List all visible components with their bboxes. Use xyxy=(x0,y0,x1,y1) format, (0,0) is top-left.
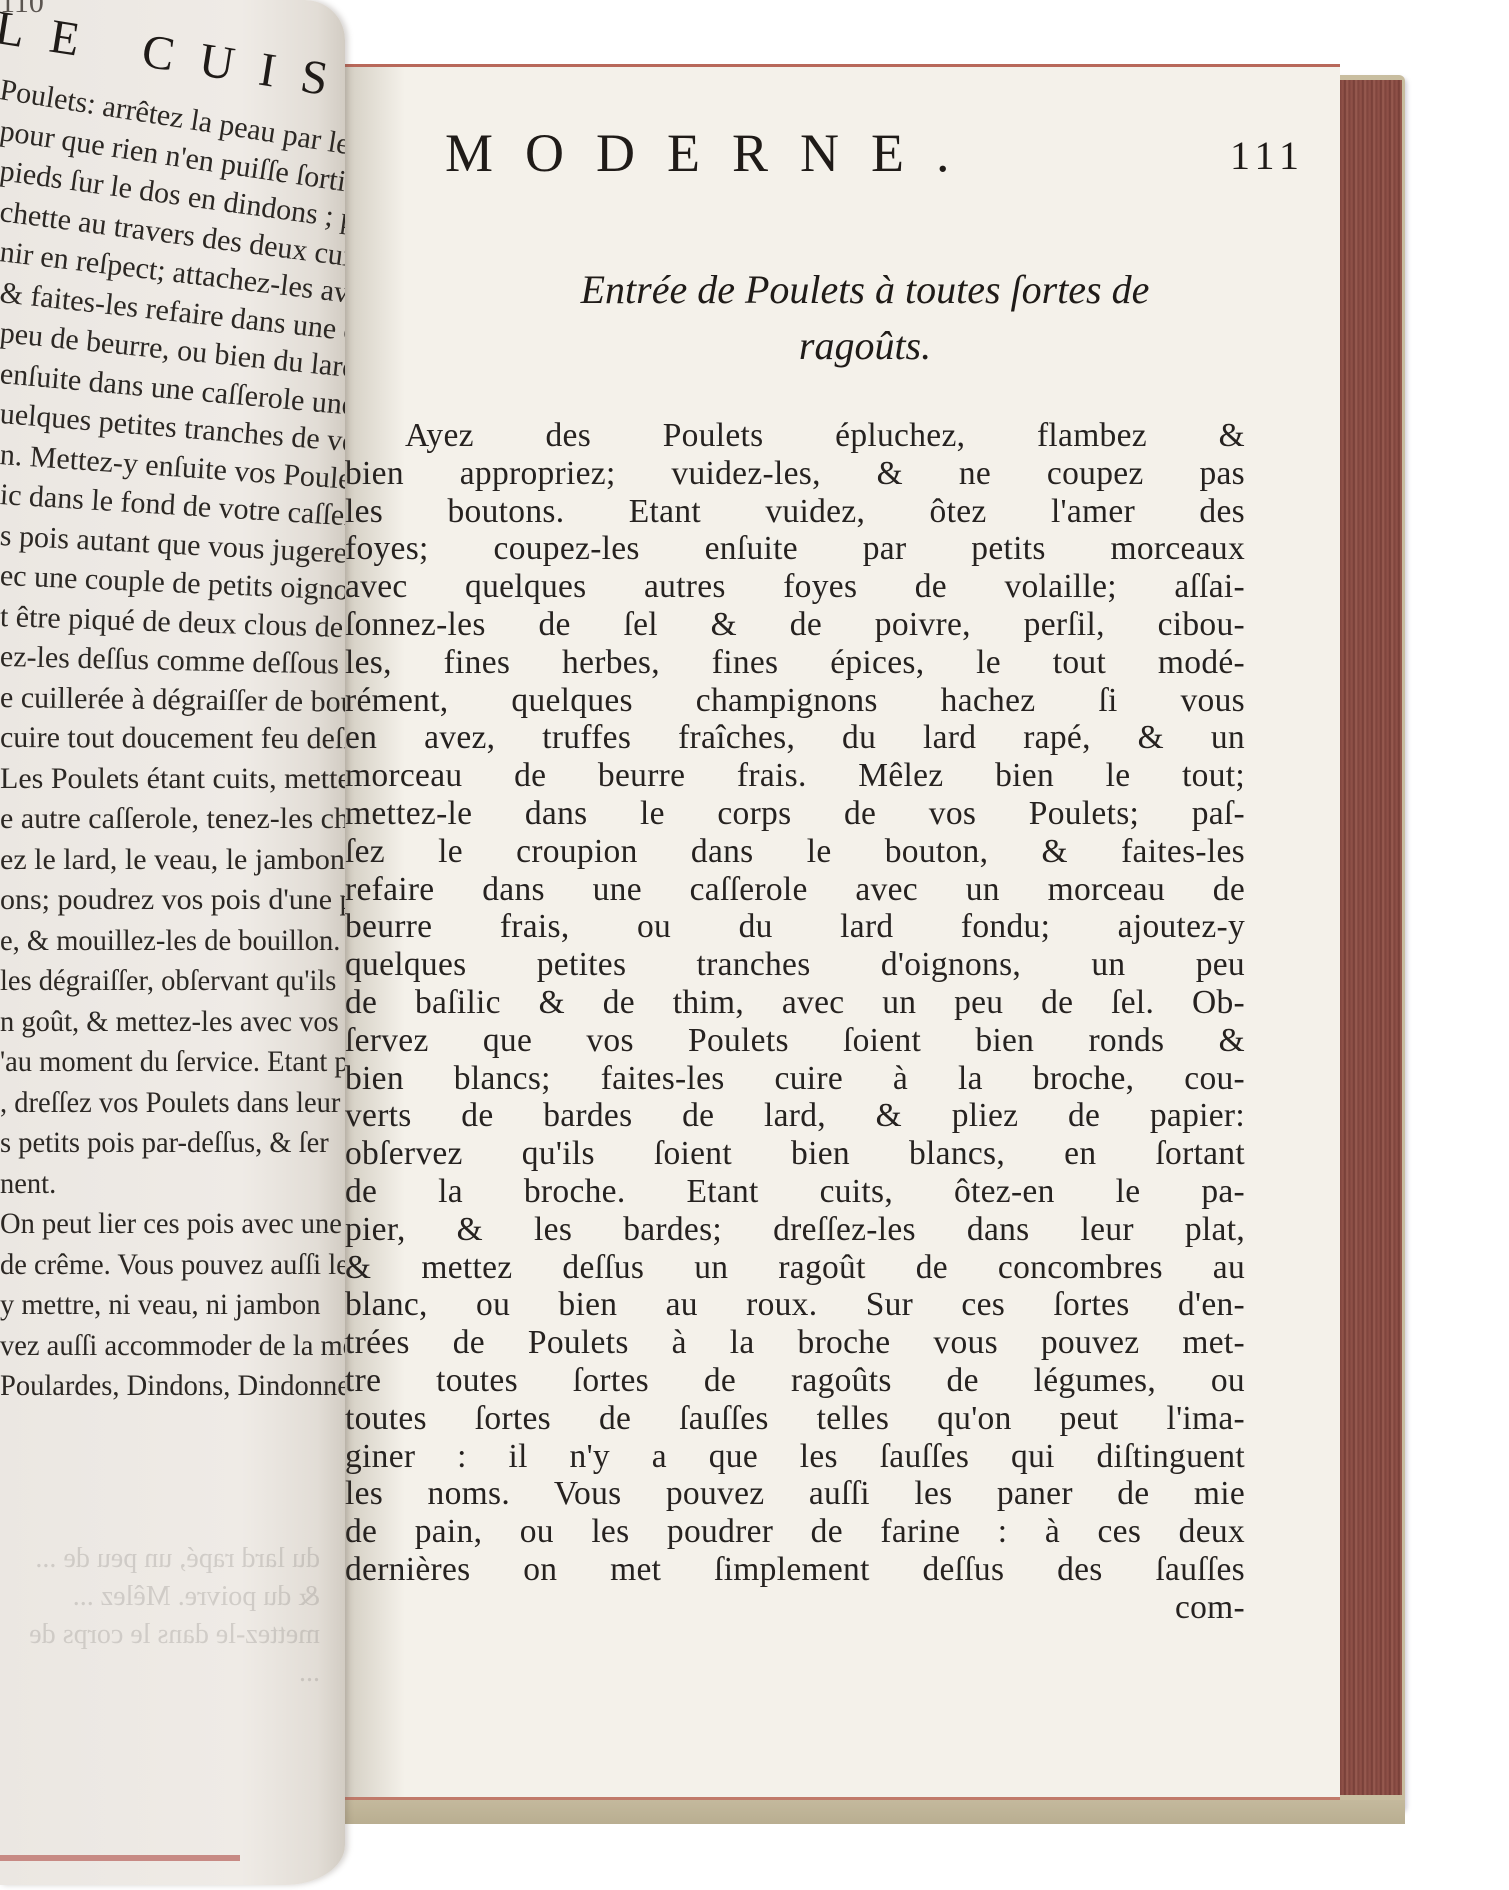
red-stained-fore-edge xyxy=(1340,80,1402,1795)
left-text-line: e, & mouillez-les de bouillon. xyxy=(0,921,345,962)
text-line: giner : il n'y a que les ſauſſes qui diſ… xyxy=(345,1438,1245,1476)
text-line: foyes; coupez-les enſuite par petits mor… xyxy=(345,530,1245,568)
right-page: MODERNE. 111 Entrée de Poulets à toutes … xyxy=(345,64,1340,1800)
text-line: pier, & les bardes; dreſſez-les dans leu… xyxy=(345,1211,1245,1249)
text-line: ſervez que vos Poulets ſoient bien ronds… xyxy=(345,1022,1245,1060)
text-line: de baſilic & de thim, avec un peu de ſel… xyxy=(345,984,1245,1022)
running-head: MODERNE. 111 xyxy=(445,122,1305,192)
text-line: trées de Poulets à la broche vous pouvez… xyxy=(345,1324,1245,1362)
text-line: morceau de beurre frais. Mêlez bien le t… xyxy=(345,757,1245,795)
body-text: Ayez des Poulets épluchez, flambez &bien… xyxy=(345,417,1345,1627)
left-text-line: vez auſſi accommoder de la même xyxy=(0,1326,345,1367)
text-line: les boutons. Etant vuidez, ôtez l'amer d… xyxy=(345,493,1245,531)
text-line: mettez-le dans le corps de vos Poulets; … xyxy=(345,795,1245,833)
text-line: les, fines herbes, fines épices, le tout… xyxy=(345,644,1245,682)
page-number: 111 xyxy=(1230,132,1305,179)
catchword: com- xyxy=(345,1589,1245,1627)
text-line: tre toutes ſortes de ragoûts de légumes,… xyxy=(345,1362,1245,1400)
left-text-line: n goût, & mettez-les avec vos P xyxy=(0,1002,345,1043)
cover-bottom-edge xyxy=(340,1800,1405,1824)
left-text-line: ez le lard, le veau, le jambon, xyxy=(0,840,345,881)
left-text-line: ons; poudrez vos pois d'une pin xyxy=(0,880,345,921)
left-body-text: Poulets: arrêtez la peau par les depour … xyxy=(0,70,345,1407)
left-text-line: nent. xyxy=(0,1164,345,1205)
text-line: les noms. Vous pouvez auſſi les paner de… xyxy=(345,1475,1245,1513)
text-line: refaire dans une caſſerole avec un morce… xyxy=(345,871,1245,909)
left-text-line: Poulardes, Dindons, Dindonneaux xyxy=(0,1366,345,1407)
left-text-line: 'au moment du ſervice. Etant p xyxy=(0,1042,345,1083)
left-text-line: Les Poulets étant cuits, mettez xyxy=(0,759,345,800)
text-line: bien appropriez; vuidez-les, & ne coupez… xyxy=(345,455,1245,493)
text-line: & mettez deſſus un ragoût de concombres … xyxy=(345,1249,1245,1287)
text-line: Ayez des Poulets épluchez, flambez & xyxy=(345,417,1245,455)
left-text-line: s petits pois par-deſſus, & ſer xyxy=(0,1123,345,1164)
text-line: ſez le croupion dans le bouton, & faites… xyxy=(345,833,1245,871)
section-title-line-1: Entrée de Poulets à toutes ſortes de xyxy=(425,262,1305,318)
text-line: blanc, ou bien au roux. Sur ces ſortes d… xyxy=(345,1286,1245,1324)
section-title-line-2: ragoûts. xyxy=(425,318,1305,374)
text-line: toutes ſortes de ſauſſes telles qu'on pe… xyxy=(345,1400,1245,1438)
section-title: Entrée de Poulets à toutes ſortes de rag… xyxy=(425,262,1305,374)
text-line: quelques petites tranches d'oignons, un … xyxy=(345,946,1245,984)
text-line: en avez, truffes fraîches, du lard rapé,… xyxy=(345,719,1245,757)
text-line: verts de bardes de lard, & pliez de papi… xyxy=(345,1097,1245,1135)
text-line: rément, quelques champignons hachez ſi v… xyxy=(345,682,1245,720)
text-line: ſonnez-les de ſel & de poivre, perſil, c… xyxy=(345,606,1245,644)
left-text-line: de crême. Vous pouvez auſſi les fa xyxy=(0,1245,345,1286)
left-text-line: On peut lier ces pois avec une liaiſ xyxy=(0,1204,345,1245)
text-line: de la broche. Etant cuits, ôtez-en le pa… xyxy=(345,1173,1245,1211)
left-text-line: e autre caſſerole, tenez-les ch xyxy=(0,799,345,840)
text-line: avec quelques autres foyes de volaille; … xyxy=(345,568,1245,606)
left-page: 110 LE CUISINIER Poulets: arrêtez la pea… xyxy=(0,0,345,1885)
left-page-red-edge xyxy=(0,1855,240,1861)
text-line: de pain, ou les poudrer de farine : à ce… xyxy=(345,1513,1245,1551)
text-line: dernières on met ſimplement deſſus des ſ… xyxy=(345,1551,1245,1589)
left-text-line: cuire tout doucement feu deſſus xyxy=(0,718,345,760)
left-text-line: les dégraiſſer, obſervant qu'ils xyxy=(0,961,345,1002)
show-through-text: du lard rapé, un peu de ... & du poivre.… xyxy=(20,1540,320,1660)
left-text-line: e cuillerée à dégraiſſer de bouillon xyxy=(0,678,345,724)
left-text-line: y mettre, ni veau, ni jambon xyxy=(0,1285,345,1326)
text-line: obſervez qu'ils ſoient bien blancs, en ſ… xyxy=(345,1135,1245,1173)
left-text-line: , dreſſez vos Poulets dans leur pl xyxy=(0,1083,345,1124)
text-line: bien blancs; faites-les cuire à la broch… xyxy=(345,1060,1245,1098)
text-line: beurre frais, ou du lard fondu; ajoutez-… xyxy=(345,908,1245,946)
running-head-title: MODERNE. xyxy=(445,122,982,184)
